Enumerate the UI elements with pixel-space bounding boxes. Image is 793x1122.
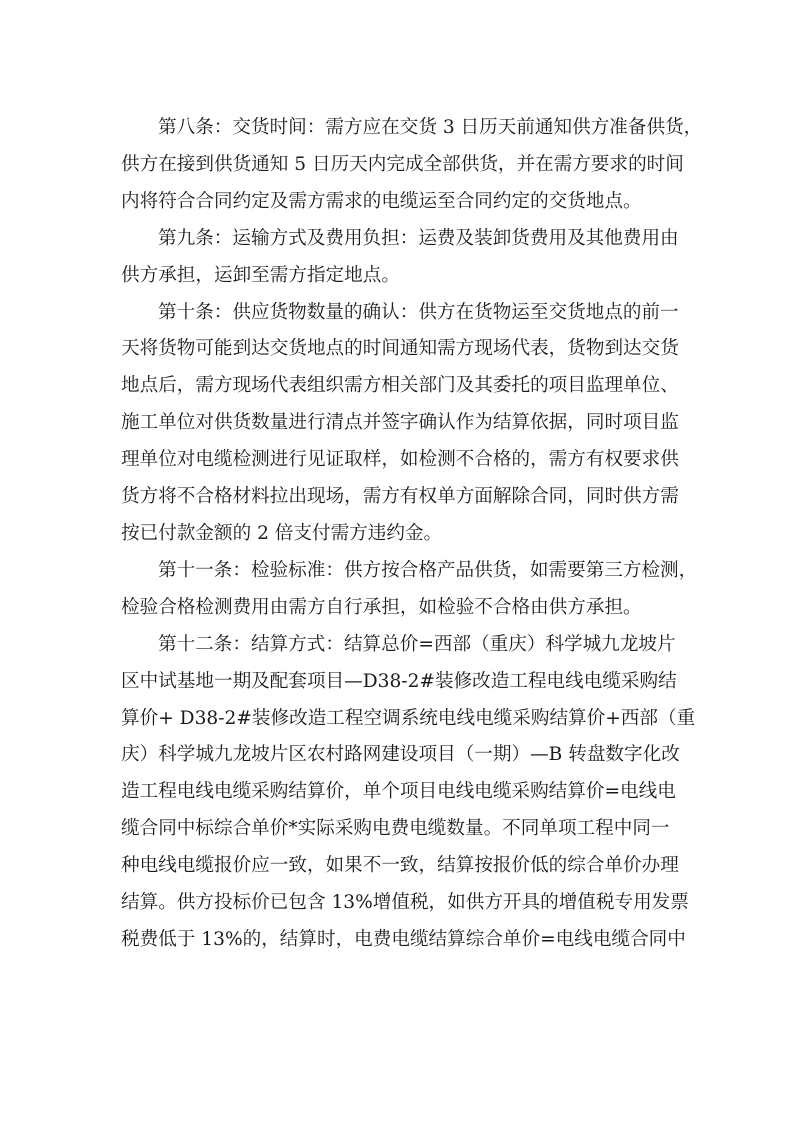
text-line: 理单位对电缆检测进行见证取样，如检测不合格的，需方有权要求供 [121,442,669,479]
text-line: 造工程电线电缆采购结算价，单个项目电线电缆采购结算价=电线电 [121,774,669,811]
article-10-paragraph: 第十条：供应货物数量的确认：供方在货物运至交货地点的前一 天将货物可能到达交货地… [121,295,669,553]
text-line: 检验合格检测费用由需方自行承担，如检验不合格由供方承担。 [121,590,669,627]
text-line: 第十一条：检验标准：供方按合格产品供货，如需要第三方检测， [121,553,669,590]
article-12-paragraph: 第十二条：结算方式：结算总价=西部（重庆）科学城九龙坡片 区中试基地一期及配套项… [121,627,669,959]
text-line: 结算。供方投标价已包含 13%增值税，如供方开具的增值税专用发票 [121,885,669,922]
text-line: 施工单位对供货数量进行清点并签字确认作为结算依据，同时项目监 [121,405,669,442]
text-line: 供方在接到供货通知 5 日历天内完成全部供货，并在需方要求的时间 [121,147,669,184]
text-line: 地点后，需方现场代表组织需方相关部门及其委托的项目监理单位、 [121,368,669,405]
text-line: 货方将不合格材料拉出现场，需方有权单方面解除合同，同时供方需 [121,479,669,516]
text-line: 供方承担，运卸至需方指定地点。 [121,258,669,295]
text-line: 第八条：交货时间：需方应在交货 3 日历天前通知供方准备供货， [121,110,669,147]
text-line: 第九条：运输方式及费用负担：运费及装卸货费用及其他费用由 [121,221,669,258]
article-9-paragraph: 第九条：运输方式及费用负担：运费及装卸货费用及其他费用由 供方承担，运卸至需方指… [121,221,669,295]
text-line: 内将符合合同约定及需方需求的电缆运至合同约定的交货地点。 [121,184,669,221]
text-line: 庆）科学城九龙坡片区农村路网建设项目（一期）—B 转盘数字化改 [121,737,669,774]
text-line: 算价+ D38-2#装修改造工程空调系统电线电缆采购结算价+西部（重 [121,701,669,738]
document-page: 第八条：交货时间：需方应在交货 3 日历天前通知供方准备供货， 供方在接到供货通… [121,110,669,959]
article-8-paragraph: 第八条：交货时间：需方应在交货 3 日历天前通知供方准备供货， 供方在接到供货通… [121,110,669,221]
text-line: 第十条：供应货物数量的确认：供方在货物运至交货地点的前一 [121,295,669,332]
text-line: 第十二条：结算方式：结算总价=西部（重庆）科学城九龙坡片 [121,627,669,664]
text-line: 按已付款金额的 2 倍支付需方违约金。 [121,516,669,553]
text-line: 税费低于 13%的，结算时，电费电缆结算综合单价=电线电缆合同中 [121,922,669,959]
text-line: 天将货物可能到达交货地点的时间通知需方现场代表，货物到达交货 [121,331,669,368]
text-line: 区中试基地一期及配套项目—D38-2#装修改造工程电线电缆采购结 [121,664,669,701]
article-11-paragraph: 第十一条：检验标准：供方按合格产品供货，如需要第三方检测， 检验合格检测费用由需… [121,553,669,627]
text-line: 种电线电缆报价应一致，如果不一致，结算按报价低的综合单价办理 [121,848,669,885]
text-line: 缆合同中标综合单价*实际采购电费电缆数量。不同单项工程中同一 [121,811,669,848]
